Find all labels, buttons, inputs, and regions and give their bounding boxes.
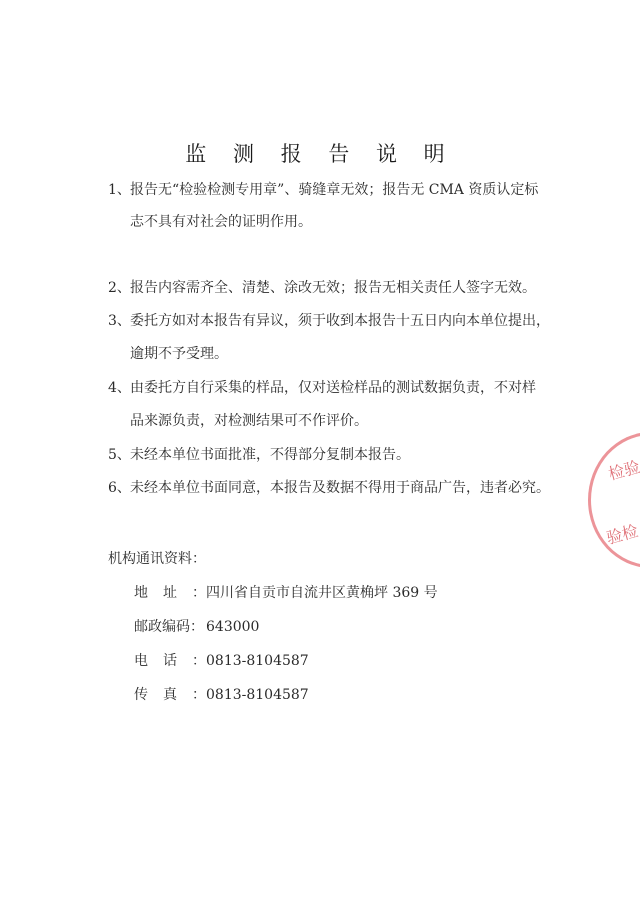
contact-phone: 电话：0813-8104587 <box>134 650 309 670</box>
item-4-line-1: 4、由委托方自行采集的样品，仅对送检样品的测试数据负责，不对样 <box>108 378 536 398</box>
document-title: 监 测 报 告 说 明 <box>0 138 640 168</box>
contact-fax: 传真：0813-8104587 <box>134 684 309 704</box>
item-2: 2、报告内容需齐全、清楚、涂改无效；报告无相关责任人签字无效。 <box>108 278 536 298</box>
item-4-line-2: 品来源负责，对检测结果可不作评价。 <box>130 411 368 431</box>
item-1-line-1: 1、报告无“检验检测专用章”、骑缝章无效；报告无 CMA 资质认定标 <box>108 180 538 200</box>
item-3-line-2: 逾期不予受理。 <box>130 344 228 364</box>
contact-postcode: 邮政编码：643000 <box>134 616 259 636</box>
contact-heading: 机构通讯资料： <box>108 548 206 568</box>
item-1-line-2: 志不具有对社会的证明作用。 <box>130 212 312 232</box>
item-5: 5、未经本单位书面批准，不得部分复制本报告。 <box>108 445 410 465</box>
item-3-line-1: 3、委托方如对本报告有异议，须于收到本报告十五日内向本单位提出， <box>108 311 550 331</box>
official-seal-stamp <box>588 432 640 568</box>
item-6: 6、未经本单位书面同意，本报告及数据不得用于商品广告，违者必究。 <box>108 478 550 498</box>
contact-address: 地址：四川省自贡市自流井区黄桷坪 369 号 <box>134 582 438 602</box>
